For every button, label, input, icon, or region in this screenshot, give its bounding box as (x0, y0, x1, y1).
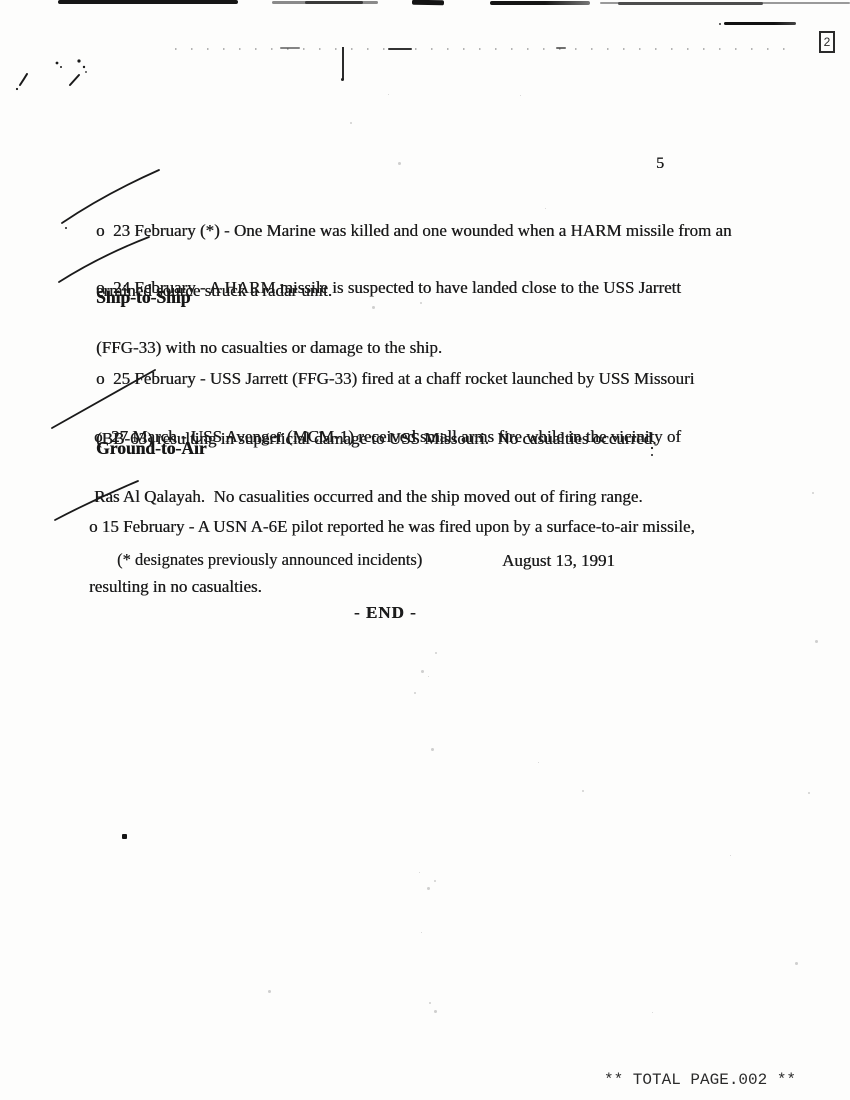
ink-dot (60, 66, 62, 68)
fax-page-indicator-box: 2 (819, 31, 835, 53)
scan-speckle (414, 692, 416, 694)
scan-speckle (421, 932, 422, 933)
scan-speckle (808, 792, 810, 794)
incident-line: o 15 February - A USN A-6E pilot reporte… (89, 517, 695, 537)
scan-speckle (429, 1002, 431, 1004)
scan-line (305, 1, 363, 4)
scan-speckle (582, 790, 584, 792)
scan-speckle (428, 676, 429, 677)
ink-dot (77, 59, 80, 62)
ink-dot (65, 227, 67, 229)
scan-speckle (434, 880, 436, 882)
ink-dot (122, 834, 127, 839)
end-marker: - END - (354, 603, 417, 623)
scan-dash (556, 47, 566, 49)
scan-speckle (545, 208, 546, 209)
scan-speckle (795, 962, 798, 965)
incident-line: o 25 February - USS Jarrett (FFG-33) fir… (96, 369, 694, 389)
scan-speckle (427, 887, 430, 890)
scan-line (618, 2, 763, 5)
scan-speckle (434, 1010, 437, 1013)
scan-speckle (812, 492, 814, 494)
scan-line (490, 1, 590, 5)
scan-dash (388, 48, 412, 51)
scan-speckle (730, 855, 731, 856)
scan-dot (341, 78, 344, 81)
footnote: (* designates previously announced incid… (117, 550, 422, 570)
scan-speckle (372, 306, 375, 309)
fax-footer-total-page: ** TOTAL PAGE.002 ** (604, 1071, 796, 1089)
scan-speckle (350, 122, 352, 124)
section-heading-ground-to-air: Ground-to-Air (96, 438, 207, 459)
scan-speckle (419, 872, 420, 873)
scan-speckle (520, 95, 521, 96)
scan-vertical-tick (342, 47, 344, 80)
scan-line (724, 22, 796, 25)
scan-dot (719, 23, 721, 25)
scan-speckle (815, 640, 818, 643)
scan-speckle (388, 94, 389, 95)
ink-dot (85, 71, 87, 73)
scan-speckle (652, 1012, 653, 1013)
scan-line (412, 0, 444, 5)
ink-dot (56, 62, 59, 65)
incident-line: resulting in no casualties. (89, 577, 695, 597)
scanned-fax-page: 2 5 o 23 February (*) - One Marine was k… (0, 0, 850, 1100)
scan-speckle (420, 302, 422, 304)
scan-speckle (435, 652, 437, 654)
scan-line (58, 0, 238, 4)
section-heading-ship-to-ship: Ship-to-Ship (96, 287, 190, 308)
fax-page-indicator: 2 (824, 35, 831, 49)
scan-dash (280, 47, 300, 49)
scan-speckle (421, 670, 424, 673)
page-number: 5 (656, 154, 664, 174)
scan-speckle (431, 748, 434, 751)
scan-speckle-row (175, 48, 790, 50)
ink-dot (16, 88, 18, 90)
ink-slash (20, 74, 27, 85)
ink-slash (70, 75, 79, 85)
report-date: August 13, 1991 (502, 551, 615, 571)
scan-speckle (538, 762, 539, 763)
scan-speckle (398, 162, 401, 165)
ink-dot (83, 66, 85, 68)
scan-speckle (268, 990, 271, 993)
